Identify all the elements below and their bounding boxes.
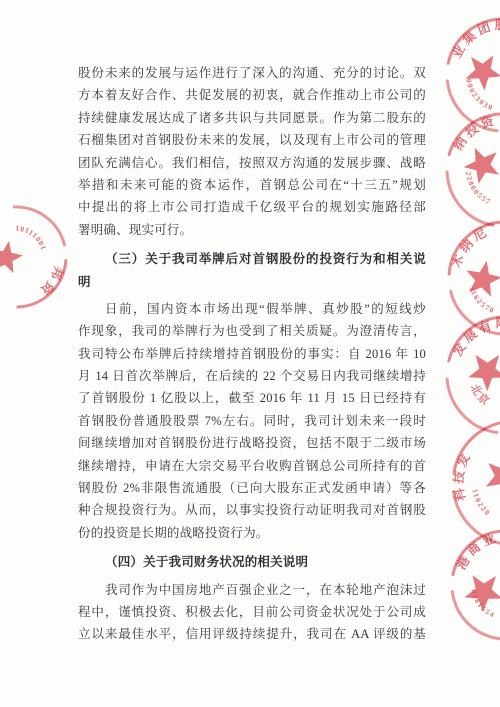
text-line: 举措和未来可能的资本运作，首钢总公司在“十三五”规划 [78, 174, 426, 196]
text-line: 立以来最佳水平，信用评级持续提升，我司在 AA 评级的基 [78, 623, 426, 645]
red-seal-stamp: 纳投资22800557 [424, 91, 500, 249]
text-line: 了首钢股份 1 亿股以上，截至 2016 年 11 月 15 日已经持有 [78, 387, 426, 409]
seal-border-arc [448, 15, 500, 67]
red-seal-stamp: 业集团股00023030 [428, 0, 500, 149]
seal-border-arc [14, 204, 64, 249]
text-line: 间继续增加对首钢股份进行战略投资，包括不限于二级市场 [78, 432, 426, 454]
text-line: 程中，谨慎投资、积极去化，目前公司资金状况处于公司成 [78, 601, 426, 623]
star-icon [465, 54, 500, 92]
star-icon [467, 352, 500, 393]
document-page: 股份未来的发展与运作进行了深入的沟通、充分的讨论。双方本着友好合作、共促发展的初… [0, 0, 500, 707]
text-column: 股份未来的发展与运作进行了深入的沟通、充分的讨论。双方本着友好合作、共促发展的初… [78, 62, 426, 646]
star-icon [462, 147, 500, 187]
seal-number-text: 00023030 [462, 78, 497, 113]
star-icon [486, 458, 500, 497]
seal-border-arc [442, 379, 500, 432]
text-line: 中提出的将上市公司打造成千亿级平台的规划实施路径部 [78, 196, 426, 218]
seal-number-text: 1162570 [467, 284, 497, 317]
seal-border-arc [451, 288, 500, 338]
seal-number-text: 10011101 [13, 222, 48, 253]
seal-border-arc [446, 222, 500, 274]
seal-arc-text: 木纳尼 [446, 224, 494, 271]
text-line: 种合规投资行为。从而，以事实投资行动证明我司对首钢股 [78, 499, 426, 521]
seal-number-text: 110220 [469, 488, 493, 518]
seal-arc-text: 发展有限 [448, 310, 500, 365]
body-paragraph: 我司作为中国房地产百强企业之一，在本轮地产泡沫过程中，谨慎投资、积极去化，目前公… [78, 579, 426, 646]
text-line: 日前，国内资本市场出现“假举牌、真炒股”的短线炒 [78, 298, 426, 320]
text-line: 团队充满信心。我们相信，按照双方沟通的发展步骤、战略 [78, 152, 426, 174]
text-line: 作现象，我司的举牌行为也受到了相关质疑。为澄清传言， [78, 320, 426, 342]
text-line: 继续增持，申请在大宗交易平台收购首钢总公司所持有的首 [78, 455, 426, 477]
text-line: 月 14 日首次举牌后，在后续的 22 个交易日内我司继续增持 [78, 365, 426, 387]
heading-line: （三）关于我司举牌后对首钢股份的投资行为和相关说 [78, 248, 426, 270]
red-seal-stamp: 邦资10011101 [0, 189, 84, 326]
seal-border-arc [453, 528, 500, 577]
star-icon [464, 574, 500, 612]
heading-line: （四）关于我司财务状况的相关说明 [78, 551, 426, 573]
seal-border-arc [444, 81, 500, 131]
body-paragraph: 日前，国内资本市场出现“假举牌、真炒股”的短线炒作现象，我司的举牌行为也受到了相… [78, 298, 426, 544]
seal-border-arc [449, 311, 500, 367]
text-line: 首钢股份普通股股票 7%左右。同时，我司计划未来一段时 [78, 410, 426, 432]
red-seal-stamp: 发展有限北京 [426, 296, 500, 454]
heading-line: 明 [78, 271, 426, 293]
seal-number-text: 0281554 [468, 588, 498, 620]
seal-arc-text: 科技发 [450, 448, 475, 504]
seal-border-arc [450, 592, 500, 639]
seal-arc-text: 业集团股 [449, 13, 500, 64]
seal-inner-text: 北京 [466, 381, 496, 410]
seal-arc-text: 纳投资 [449, 107, 500, 158]
text-line: 钢股份 2%非限售流通股（已向大股东正式发函申请）等各 [78, 477, 426, 499]
seal-arc-text: 邦资 [34, 264, 69, 301]
red-seal-stamp: 科技发110220 [436, 404, 500, 561]
section-heading: （三）关于我司举牌后对首钢股份的投资行为和相关说明 [78, 248, 426, 293]
text-line: 石榴集团对首钢股份未来的发展，以及现有上市公司的管理 [78, 129, 426, 151]
seal-border-arc [452, 492, 500, 545]
seal-number-text: 22800557 [460, 170, 497, 207]
text-line: 持续健康发展达成了诸多共识与共同愿景。作为第二股东的 [78, 107, 426, 129]
red-seal-stamp: 木纳尼1162570 [430, 203, 500, 352]
text-line: 股份未来的发展与运作进行了深入的沟通、充分的讨论。双 [78, 62, 426, 84]
section-heading: （四）关于我司财务状况的相关说明 [78, 551, 426, 573]
text-line: 署明确、现实可行。 [78, 219, 426, 241]
seal-border-arc [454, 419, 500, 475]
text-line: 方本着友好合作、共促发展的初衷，就合作推动上市公司的 [78, 84, 426, 106]
red-seal-stamp: 港商业0281554 [435, 514, 500, 657]
text-line: 份的投资是长期的战略投资行为。 [78, 522, 426, 544]
star-icon [0, 240, 24, 274]
text-line: 我司作为中国房地产百强企业之一，在本轮地产泡沫过 [78, 579, 426, 601]
text-line: 我司特公布举牌后持续增持首钢股份的事实：自 2016 年 10 [78, 343, 426, 365]
body-paragraph: 股份未来的发展与运作进行了深入的沟通、充分的讨论。双方本着友好合作、共促发展的初… [78, 62, 426, 241]
seal-arc-text: 港商业 [453, 528, 500, 573]
star-icon [466, 260, 500, 298]
seal-border-arc [441, 172, 500, 225]
seal-border-arc [15, 261, 69, 307]
seal-border-arc [449, 107, 500, 163]
